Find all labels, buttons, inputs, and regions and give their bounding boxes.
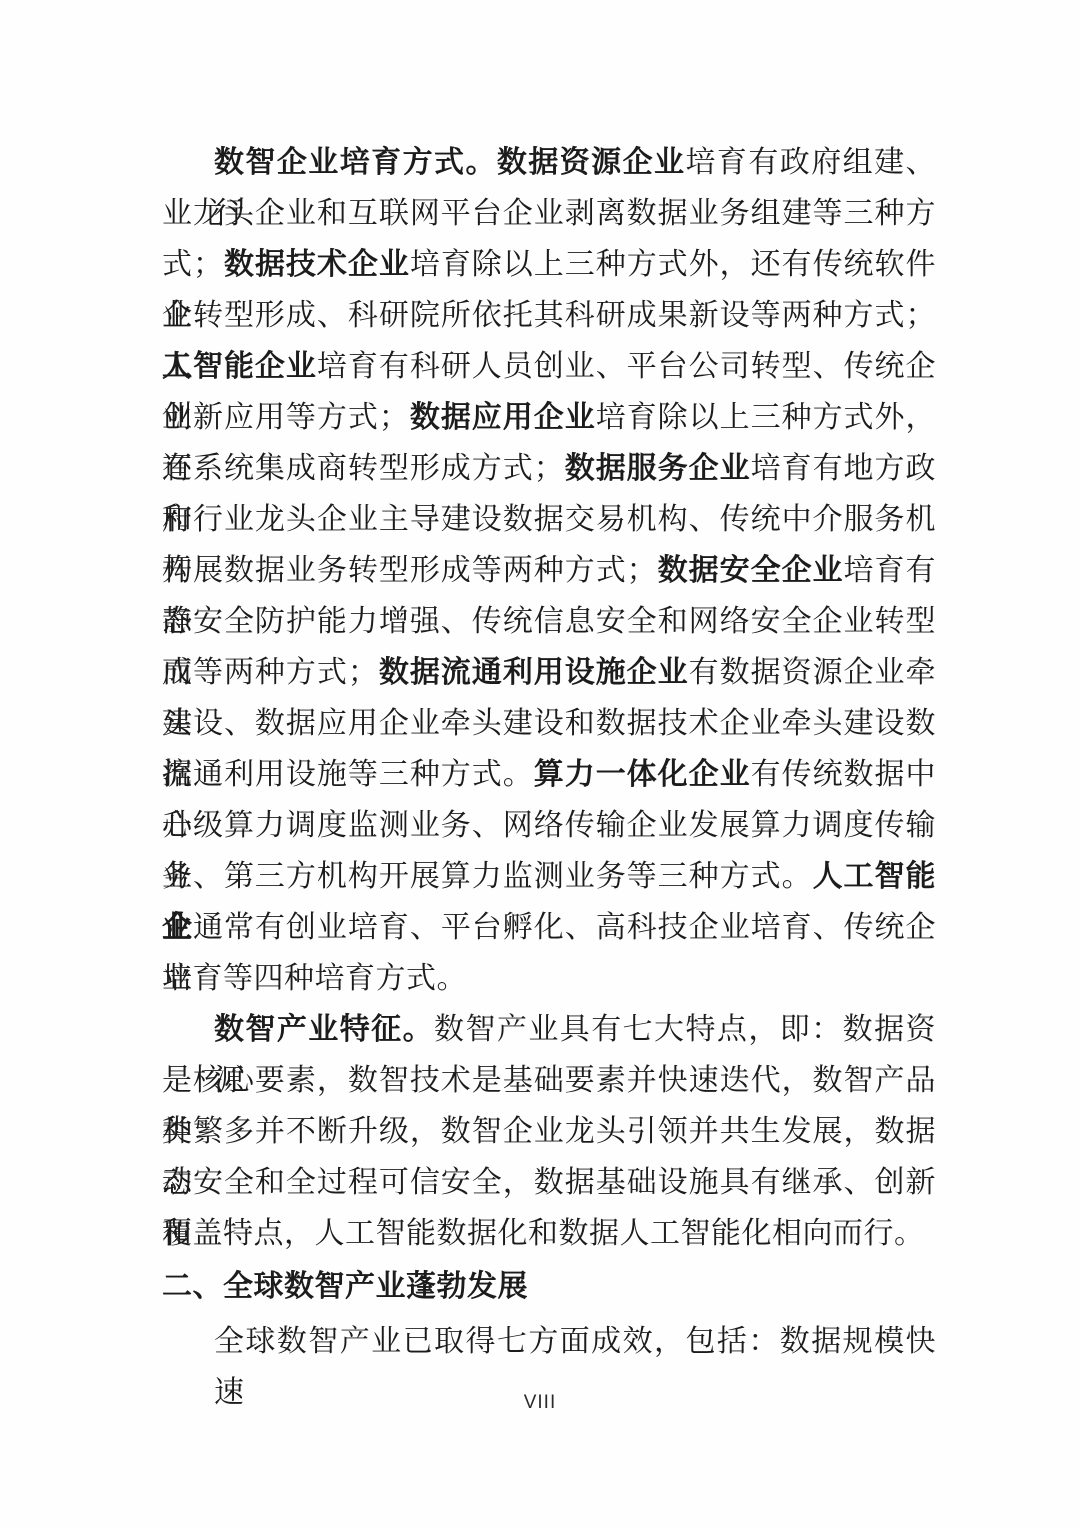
text-segment: 流通利用设施等三种方式。 <box>162 758 534 791</box>
bold-text-segment: 数智企业培育方式。数据资源企业 <box>214 146 685 179</box>
text-line: 是核心要素，数智技术是基础要素并快速迭代，数智产品种 <box>162 1055 936 1106</box>
text-line: 和行业龙头企业主导建设数据交易机构、传统中介服务机构 <box>162 494 936 545</box>
text-segment: 成等两种方式； <box>162 656 378 689</box>
text-line: 类繁多并不断升级，数智企业龙头引领并共生发展，数据动 <box>162 1106 936 1157</box>
text-line: 全球数智产业已取得七方面成效，包括：数据规模快速 <box>162 1316 936 1367</box>
text-line: 业转型形成、科研院所依托其科研成果新设等两种方式；人 <box>162 290 936 341</box>
text-line: 数智产业特征。数智产业具有七大特点，即：数据资源 <box>162 1004 936 1055</box>
text-segment: 务、第三方机构开展算力监测业务等三种方式。 <box>162 860 813 893</box>
section-heading-global-industry: 二、全球数智产业蓬勃发展 <box>162 1261 936 1312</box>
text-line: 开展数据业务转型形成等两种方式；数据安全企业培育有静 <box>162 545 936 596</box>
text-segment: 有系统集成商转型形成方式； <box>162 452 564 485</box>
text-line: 创新应用等方式；数据应用企业培育除以上三种方式外，还 <box>162 392 936 443</box>
text-segment: 创新应用等方式； <box>162 401 409 434</box>
text-segment: 业龙头企业和互联网平台企业剥离数据业务组建等三种方 <box>162 197 936 230</box>
text-line: 二、全球数智产业蓬勃发展 <box>162 1261 936 1312</box>
text-line: 业龙头企业和互联网平台企业剥离数据业务组建等三种方 <box>162 188 936 239</box>
text-line: 升级算力调度监测业务、网络传输企业发展算力调度传输业 <box>162 800 936 851</box>
text-line: 培育等四种培育方式。 <box>162 953 936 1004</box>
paragraph-cultivation-methods: 数智企业培育方式。数据资源企业培育有政府组建、行业龙头企业和互联网平台企业剥离数… <box>162 137 936 1004</box>
text-segment: 开展数据业务转型形成等两种方式； <box>162 554 657 587</box>
text-line: 覆盖特点，人工智能数据化和数据人工智能化相向而行。 <box>162 1208 936 1259</box>
bold-text-segment: 业 <box>162 911 193 944</box>
bold-text-segment: 工智能企业 <box>162 350 317 383</box>
text-line: 业通常有创业培育、平台孵化、高科技企业培育、传统企业 <box>162 902 936 953</box>
document-page: 数智企业培育方式。数据资源企业培育有政府组建、行业龙头企业和互联网平台企业剥离数… <box>0 0 1080 1527</box>
text-segment: 培育等四种培育方式。 <box>162 962 467 995</box>
bold-text-segment: 算力一体化企业 <box>534 758 751 791</box>
text-line: 建设、数据应用企业牵头建设和数据技术企业牵头建设数据 <box>162 698 936 749</box>
text-line: 务、第三方机构开展算力监测业务等三种方式。人工智能企 <box>162 851 936 902</box>
bold-text-segment: 数据流通利用设施企业 <box>378 656 688 689</box>
bold-text-segment: 二、全球数智产业蓬勃发展 <box>162 1270 528 1303</box>
bold-text-segment: 数据技术企业 <box>223 248 409 281</box>
text-line: 流通利用设施等三种方式。算力一体化企业有传统数据中心 <box>162 749 936 800</box>
text-line: 工智能企业培育有科研人员创业、平台公司转型、传统企业 <box>162 341 936 392</box>
text-segment: 覆盖特点，人工智能数据化和数据人工智能化相向而行。 <box>162 1217 925 1250</box>
page-number: VIII <box>0 1392 1080 1414</box>
text-line: 数智企业培育方式。数据资源企业培育有政府组建、行 <box>162 137 936 188</box>
paragraph-industry-characteristics: 数智产业特征。数智产业具有七大特点，即：数据资源是核心要素，数智技术是基础要素并… <box>162 1004 936 1259</box>
bold-text-segment: 数据安全企业 <box>657 554 843 587</box>
bold-text-segment: 数据应用企业 <box>409 401 595 434</box>
document-text-area: 数智企业培育方式。数据资源企业培育有政府组建、行业龙头企业和互联网平台企业剥离数… <box>162 137 936 1367</box>
text-line: 态安全和全过程可信安全，数据基础设施具有继承、创新和 <box>162 1157 936 1208</box>
text-segment: 式； <box>162 248 223 281</box>
bold-text-segment: 数智产业特征。 <box>214 1013 434 1046</box>
text-line: 有系统集成商转型形成方式；数据服务企业培育有地方政府 <box>162 443 936 494</box>
text-line: 态安全防护能力增强、传统信息安全和网络安全企业转型而 <box>162 596 936 647</box>
text-line: 式；数据技术企业培育除以上三种方式外，还有传统软件企 <box>162 239 936 290</box>
text-line: 成等两种方式；数据流通利用设施企业有数据资源企业牵头 <box>162 647 936 698</box>
bold-text-segment: 数据服务企业 <box>564 452 750 485</box>
text-segment: 业转型形成、科研院所依托其科研成果新设等两种方式； <box>162 299 936 332</box>
paragraph-global-achievements: 全球数智产业已取得七方面成效，包括：数据规模快速 <box>162 1316 936 1367</box>
